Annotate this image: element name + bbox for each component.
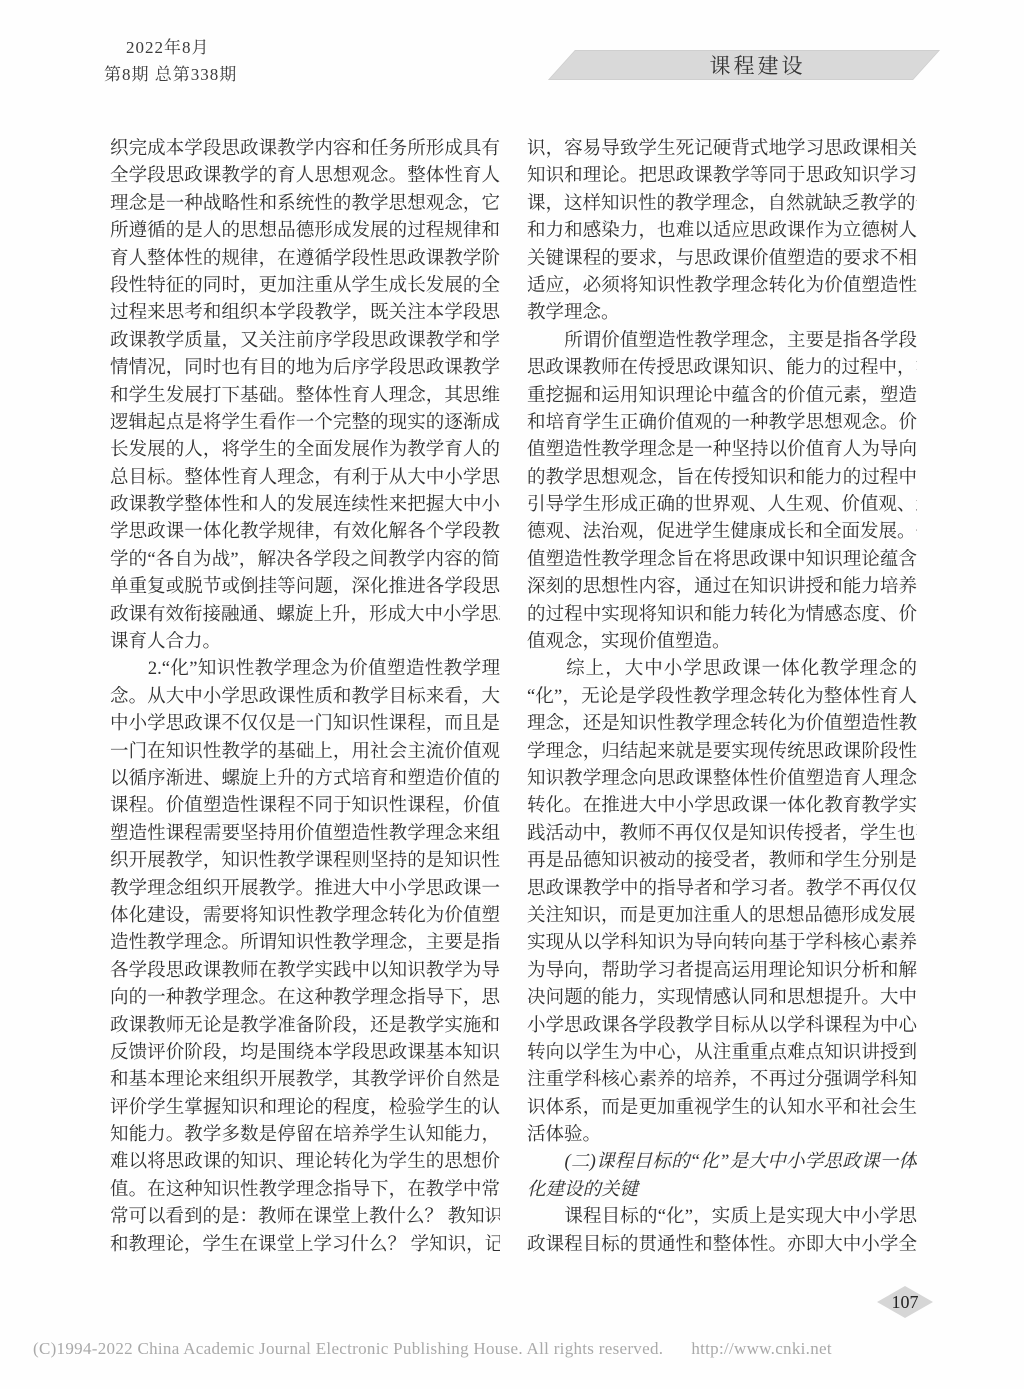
text-line: 注重学科核心素养的培养，不再过分强调学科知 (527, 1067, 917, 1094)
text-line: 识体系，而是更加重视学生的认知水平和社会生 (527, 1095, 917, 1122)
text-line: 中小学思政课不仅仅是一门知识性课程，而且是 (110, 711, 500, 738)
text-line: 值观念，实现价值塑造。 (527, 629, 917, 656)
text-line: 政课教学质量，又关注前序学段思政课教学和学 (110, 328, 500, 355)
text-line: 课，这样知识性的教学理念，自然就缺乏教学的亲 (527, 191, 917, 218)
text-line: 值塑造性教学理念旨在将思政课中知识理论蕴含 (527, 547, 917, 574)
text-line: 总目标。整体性育人理念，有利于从大中小学思 (110, 465, 500, 492)
text-line: “化”，无论是学段性教学理念转化为整体性育人 (527, 684, 917, 711)
text-line: 活体验。 (527, 1122, 917, 1149)
section-banner: 课程建设 (575, 50, 940, 80)
text-line: 化建设的关键 (527, 1177, 917, 1204)
text-line: 长发展的人，将学生的全面发展作为教学育人的 (110, 437, 500, 464)
text-line: 转向以学生为中心，从注重重点难点知识讲授到 (527, 1040, 917, 1067)
text-line: 思政课教学中的指导者和学习者。教学不再仅仅 (527, 876, 917, 903)
text-line: 织开展教学，知识性教学课程则坚持的是知识性 (110, 848, 500, 875)
text-line: 实现从以学科知识为导向转向基于学科核心素养 (527, 930, 917, 957)
text-line: (二)课程目标的“化”是大中小学思政课一体 (527, 1149, 917, 1176)
text-line: 各学段思政课教师在教学实践中以知识教学为导 (110, 958, 500, 985)
text-line: 情情况，同时也有目的地为后序学段思政课教学 (110, 355, 500, 382)
issue-number: 第8期 总第338期 (104, 61, 237, 88)
text-line: 学理念，归结起来就是要实现传统思政课阶段性 (527, 739, 917, 766)
text-line: 值。在这种知识性教学理念指导下，在教学中常 (110, 1177, 500, 1204)
text-line: 念。从大中小学思政课性质和教学目标来看，大 (110, 684, 500, 711)
text-line: 学的“各自为战”，解决各学段之间教学内容的简 (110, 547, 500, 574)
text-line: 常可以看到的是：教师在课堂上教什么？ 教知识 (110, 1204, 500, 1231)
text-line: 2.“化”知识性教学理念为价值塑造性教学理 (110, 656, 500, 683)
text-line: 塑造性课程需要坚持用价值塑造性教学理念来组 (110, 821, 500, 848)
text-line: 政课教学整体性和人的发展连续性来把握大中小 (110, 492, 500, 519)
text-line: 深刻的思想性内容，通过在知识讲授和能力培养 (527, 574, 917, 601)
text-line: 小学思政课各学段教学目标从以学科课程为中心 (527, 1013, 917, 1040)
text-line: 以循序渐进、螺旋上升的方式培育和塑造价值的 (110, 766, 500, 793)
text-line: 学思政课一体化教学规律，有效化解各个学段教 (110, 519, 500, 546)
text-line: 所遵循的是人的思想品德形成发展的过程规律和 (110, 218, 500, 245)
text-line: 知识教学理念向思政课整体性价值塑造育人理念 (527, 766, 917, 793)
text-line: 段性特征的同时，更加注重从学生成长发展的全 (110, 273, 500, 300)
text-line: 德观、法治观，促进学生健康成长和全面发展。价 (527, 519, 917, 546)
text-line: 织完成本学段思政课教学内容和任务所形成具有 (110, 136, 500, 163)
text-line: 值塑造性教学理念是一种坚持以价值育人为导向 (527, 437, 917, 464)
text-line: 和力和感染力，也难以适应思政课作为立德树人 (527, 218, 917, 245)
text-line: 单重复或脱节或倒挂等问题，深化推进各学段思 (110, 574, 500, 601)
text-column-right: 识，容易导致学生死记硬背式地学习思政课相关知识和理论。把思政课教学等同于思政知识… (527, 136, 917, 1259)
text-line: 向的一种教学理念。在这种教学理念指导下，思 (110, 985, 500, 1012)
text-line: 教学理念组织开展教学。推进大中小学思政课一 (110, 876, 500, 903)
text-line: 课程。价值塑造性课程不同于知识性课程，价值 (110, 793, 500, 820)
text-line: 的过程中实现将知识和能力转化为情感态度、价 (527, 602, 917, 629)
text-line: 体化建设，需要将知识性教学理念转化为价值塑 (110, 903, 500, 930)
text-line: 和基本理论来组织开展教学，其教学评价自然是 (110, 1067, 500, 1094)
text-line: 重挖掘和运用知识理论中蕴含的价值元素，塑造 (527, 383, 917, 410)
text-line: 识，容易导致学生死记硬背式地学习思政课相关 (527, 136, 917, 163)
text-line: 难以将思政课的知识、理论转化为学生的思想价 (110, 1149, 500, 1176)
text-line: 关键课程的要求，与思政课价值塑造的要求不相 (527, 246, 917, 273)
text-line: 和教理论，学生在课堂上学习什么？ 学知识，记知 (110, 1232, 500, 1259)
text-line: 综上，大中小学思政课一体化教学理念的 (527, 656, 917, 683)
text-line: 造性教学理念。所谓知识性教学理念，主要是指 (110, 930, 500, 957)
text-line: 逻辑起点是将学生看作一个完整的现实的逐渐成 (110, 410, 500, 437)
text-line: 适应，必须将知识性教学理念转化为价值塑造性 (527, 273, 917, 300)
text-line: 思政课教师在传授思政课知识、能力的过程中，注 (527, 355, 917, 382)
section-title: 课程建设 (575, 50, 940, 80)
text-line: 知能力。教学多数是停留在培养学生认知能力， (110, 1122, 500, 1149)
text-line: 决问题的能力，实现情感认同和思想提升。大中 (527, 985, 917, 1012)
text-line: 和学生发展打下基础。整体性育人理念，其思维 (110, 383, 500, 410)
text-line: 理念是一种战略性和系统性的教学思想观念，它 (110, 191, 500, 218)
text-line: 践活动中，教师不再仅仅是知识传授者，学生也不 (527, 821, 917, 848)
text-line: 政课教师无论是教学准备阶段，还是教学实施和 (110, 1013, 500, 1040)
text-line: 课程目标的“化”，实质上是实现大中小学思 (527, 1204, 917, 1231)
text-line: 关注知识，而是更加注重人的思想品德形成发展， (527, 903, 917, 930)
text-line: 再是品德知识被动的接受者，教师和学生分别是 (527, 848, 917, 875)
text-line: 理念，还是知识性教学理念转化为价值塑造性教 (527, 711, 917, 738)
page-number-badge: 107 (877, 1286, 933, 1318)
text-line: 过程来思考和组织本学段教学，既关注本学段思 (110, 300, 500, 327)
cnki-url: http://www.cnki.net (691, 1339, 832, 1358)
text-line: 所谓价值塑造性教学理念，主要是指各学段 (527, 328, 917, 355)
page-number: 107 (877, 1286, 933, 1318)
text-line: 一门在知识性教学的基础上，用社会主流价值观 (110, 739, 500, 766)
copyright-footer: (C)1994-2022 China Academic Journal Elec… (33, 1339, 993, 1359)
text-line: 全学段思政课教学的育人思想观念。整体性育人 (110, 163, 500, 190)
text-line: 反馈评价阶段，均是围绕本学段思政课基本知识 (110, 1040, 500, 1067)
text-column-left: 织完成本学段思政课教学内容和任务所形成具有全学段思政课教学的育人思想观念。整体性… (110, 136, 500, 1259)
text-line: 和培育学生正确价值观的一种教学思想观念。价 (527, 410, 917, 437)
text-line: 转化。在推进大中小学思政课一体化教育教学实 (527, 793, 917, 820)
text-line: 的教学思想观念，旨在传授知识和能力的过程中 (527, 465, 917, 492)
copyright-text: (C)1994-2022 China Academic Journal Elec… (33, 1339, 663, 1358)
text-line: 教学理念。 (527, 300, 917, 327)
text-line: 为导向，帮助学习者提高运用理论知识分析和解 (527, 958, 917, 985)
text-line: 育人整体性的规律，在遵循学段性思政课教学阶 (110, 246, 500, 273)
text-line: 引导学生形成正确的世界观、人生观、价值观、道 (527, 492, 917, 519)
text-line: 课育人合力。 (110, 629, 500, 656)
journal-issue-info: 2022年8月 第8期 总第338期 (104, 34, 237, 88)
text-line: 政课程目标的贯通性和整体性。亦即大中小学全 (527, 1232, 917, 1259)
text-line: 政课有效衔接融通、螺旋上升，形成大中小学思政 (110, 602, 500, 629)
journal-page: 2022年8月 第8期 总第338期 课程建设 织完成本学段思政课教学内容和任务… (0, 0, 1024, 1389)
issue-date: 2022年8月 (104, 34, 237, 61)
text-line: 评价学生掌握知识和理论的程度，检验学生的认 (110, 1095, 500, 1122)
text-line: 知识和理论。把思政课教学等同于思政知识学习 (527, 163, 917, 190)
